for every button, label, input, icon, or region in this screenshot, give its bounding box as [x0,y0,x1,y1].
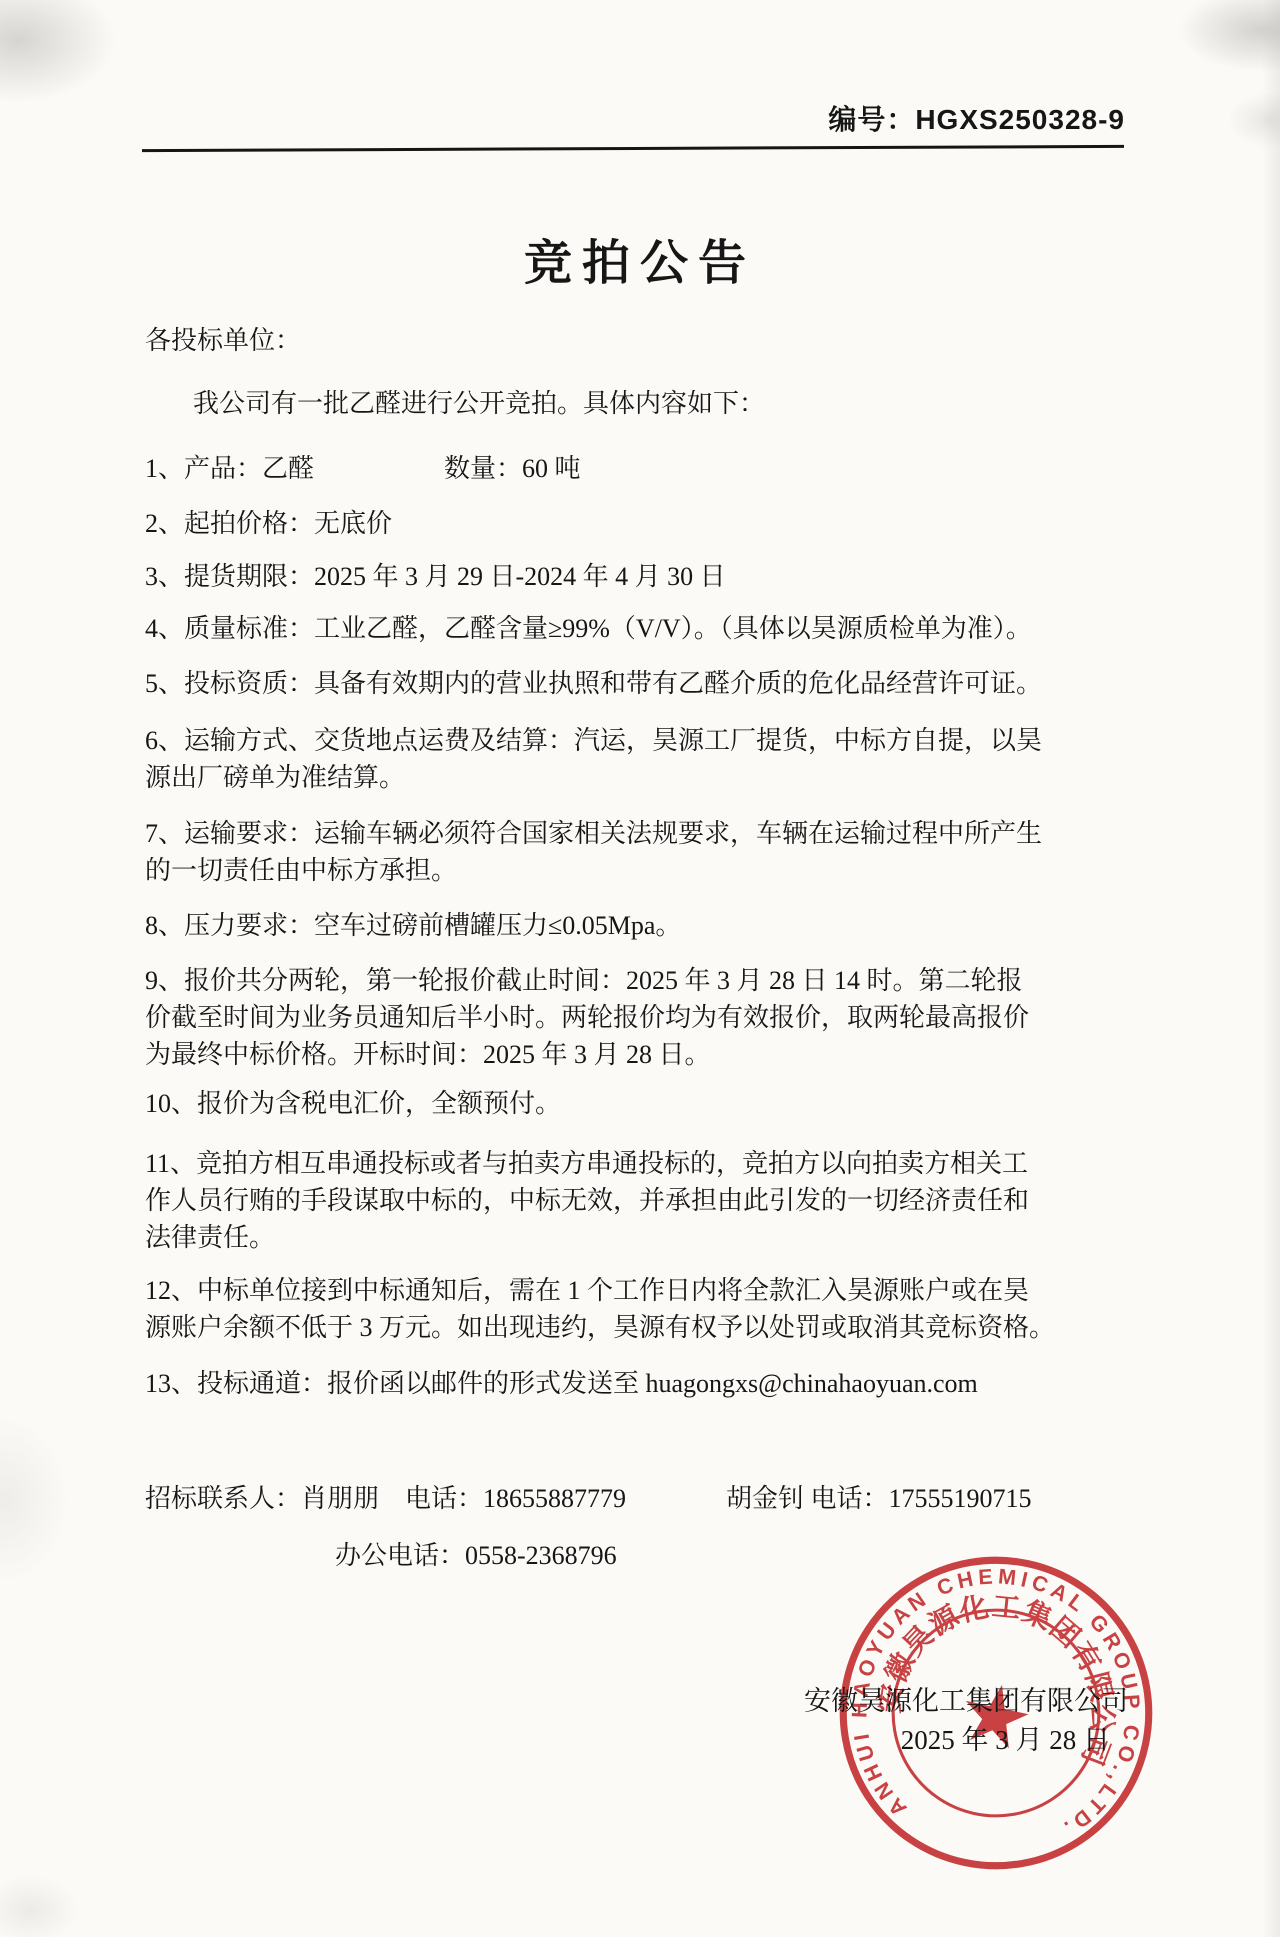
notice-item-10: 10、报价为含税电汇价，全额预付。 [145,1085,1140,1122]
item-1-quantity: 数量：60 吨 [444,454,581,483]
notice-item-8: 8、压力要求：空车过磅前槽罐压力≤0.05Mpa。 [145,907,1140,944]
scanned-notice-page: 编号：HGXS250328-9 竞拍公告 各投标单位： 我公司有一批乙醛进行公开… [0,0,1280,1937]
notice-item-5: 5、投标资质：具备有效期内的营业执照和带有乙醛介质的危化品经营许可证。 [145,665,1140,702]
contact-person-2: 胡金钊 电话：17555190715 [726,1484,1032,1513]
contact-person-1: 招标联系人：肖朋朋 电话：18655887779 [145,1484,626,1513]
signature-date: 2025 年 3 月 28 日 [901,1722,1110,1759]
signature-company: 安徽昊源化工集团有限公司 [804,1683,1128,1720]
notice-item-1: 1、产品：乙醛数量：60 吨 [145,450,1140,487]
notice-item-13: 13、投标通道：报价函以邮件的形式发送至 huagongxs@chinahaoy… [145,1365,1140,1402]
contact-line: 招标联系人：肖朋朋 电话：18655887779胡金钊 电话：175551907… [145,1480,1140,1517]
notice-item-12: 12、中标单位接到中标通知后，需在 1 个工作日内将全款汇入昊源账户或在昊 源账… [145,1272,1140,1346]
notice-item-2: 2、起拍价格：无底价 [145,505,1140,542]
doc-number: 编号：HGXS250328-9 [828,103,1125,137]
header-rule [142,145,1124,152]
salutation: 各投标单位： [145,322,1140,359]
page-title: 竞拍公告 [0,224,1280,293]
notice-item-4: 4、质量标准：工业乙醛，乙醛含量≥99%（V/V）。（具体以昊源质检单为准）。 [145,610,1140,647]
item-1-product: 1、产品：乙醛 [145,454,314,483]
notice-item-6: 6、运输方式、交货地点运费及结算：汽运，昊源工厂提货，中标方自提，以昊 源出厂磅… [145,722,1140,796]
notice-item-7: 7、运输要求：运输车辆必须符合国家相关法规要求，车辆在运输过程中所产生 的一切责… [145,815,1140,889]
intro-paragraph: 我公司有一批乙醛进行公开竞拍。具体内容如下： [145,385,1188,422]
notice-item-11: 11、竞拍方相互串通投标或者与拍卖方串通投标的，竞拍方以向拍卖方相关工 作人员行… [145,1145,1140,1256]
notice-item-9: 9、报价共分两轮，第一轮报价截止时间：2025 年 3 月 28 日 14 时。… [145,962,1140,1073]
notice-item-3: 3、提货期限：2025 年 3 月 29 日-2024 年 4 月 30 日 [145,558,1140,595]
